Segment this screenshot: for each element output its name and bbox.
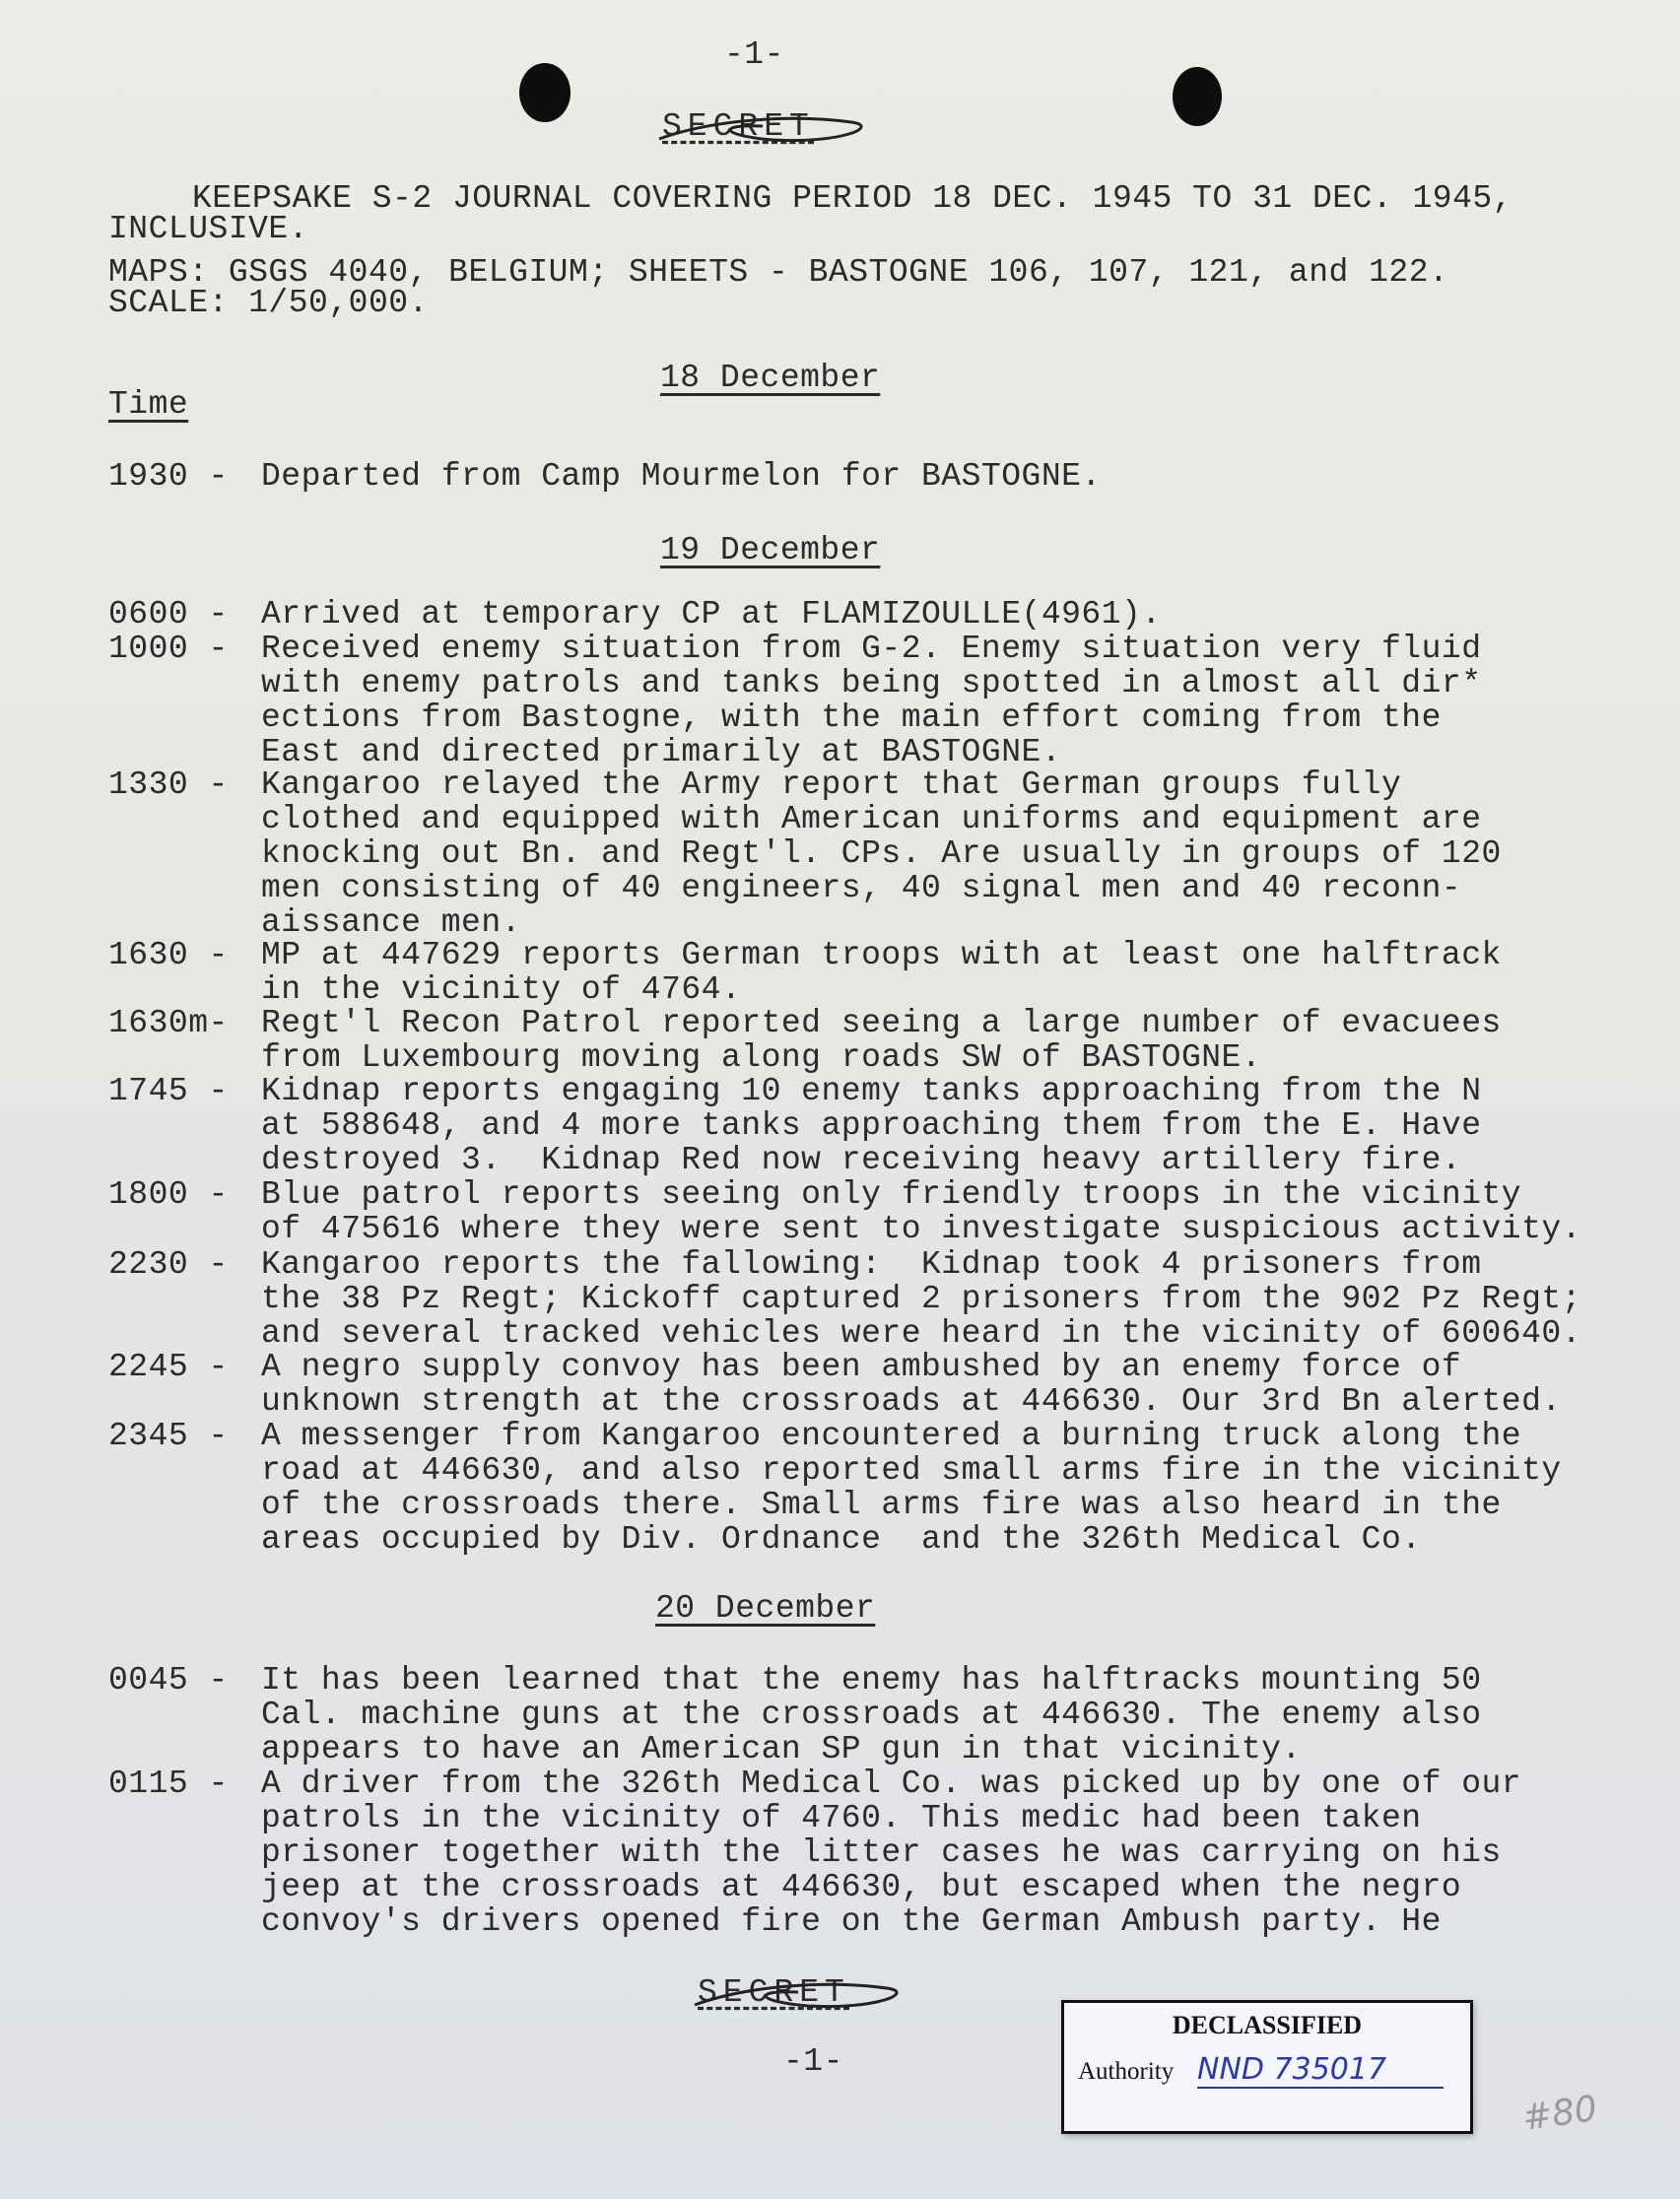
time-column-label: Time <box>108 387 188 422</box>
entry-time: 1000 - <box>108 632 261 666</box>
punch-hole-left <box>519 63 571 122</box>
classification-bottom: SECRET <box>698 1974 850 2011</box>
stamp-authority-label: Authority <box>1078 2058 1174 2086</box>
entry-text: Arrived at temporary CP at FLAMIZOULLE(4… <box>261 597 1660 632</box>
punch-hole-right <box>1173 67 1222 126</box>
entry-text: MP at 447629 reports German troops with … <box>261 938 1660 1007</box>
page-number-bottom: -1- <box>783 2044 843 2079</box>
document-page: -1- SECRET KEEPSAKE S-2 JOURNAL COVERING… <box>0 0 1680 2199</box>
classification-top: SECRET <box>662 108 815 145</box>
entry-text: A driver from the 326th Medical Co. was … <box>261 1766 1660 1939</box>
pencil-note: #80 <box>1520 2089 1600 2139</box>
stamp-authority-value: NND 735017 <box>1197 2052 1444 2089</box>
entry-text: A messenger from Kangaroo encountered a … <box>261 1419 1660 1557</box>
entry-text: Kangaroo reports the fallowing: Kidnap t… <box>261 1247 1660 1351</box>
stamp-heading: DECLASSIFIED <box>1064 2011 1470 2040</box>
scale-line: SCALE: 1/50,000. <box>108 286 429 320</box>
entry-time: 1930 - <box>108 459 261 494</box>
journal-title-line2: INCLUSIVE. <box>108 212 308 246</box>
day-heading-18-december: 18 December <box>660 361 880 395</box>
page-number-top: -1- <box>724 37 784 72</box>
entry-time: 2345 - <box>108 1419 261 1453</box>
entry-text: Kangaroo relayed the Army report that Ge… <box>261 767 1660 940</box>
entry-time: 1745 - <box>108 1074 261 1108</box>
entry-text: Kidnap reports engaging 10 enemy tanks a… <box>261 1074 1660 1177</box>
entry-text: Regt'l Recon Patrol reported seeing a la… <box>261 1006 1660 1075</box>
entry-text: Blue patrol reports seeing only friendly… <box>261 1177 1660 1246</box>
entry-time: 0045 - <box>108 1663 261 1698</box>
entry-text: Received enemy situation from G-2. Enemy… <box>261 632 1660 769</box>
entry-time: 1630m- <box>108 1006 261 1040</box>
day-heading-19-december: 19 December <box>660 533 880 567</box>
entry-time: 0600 - <box>108 597 261 632</box>
journal-title-line1: KEEPSAKE S-2 JOURNAL COVERING PERIOD 18 … <box>192 181 1512 216</box>
classification-bottom-label: SECRET <box>698 1974 850 2011</box>
entry-text: A negro supply convoy has been ambushed … <box>261 1350 1660 1419</box>
declassified-stamp: DECLASSIFIED Authority NND 735017 <box>1061 2000 1473 2134</box>
entry-text: It has been learned that the enemy has h… <box>261 1663 1660 1766</box>
day-heading-20-december: 20 December <box>655 1591 875 1626</box>
entry-time: 1630 - <box>108 938 261 972</box>
entry-time: 2230 - <box>108 1247 261 1282</box>
entry-time: 2245 - <box>108 1350 261 1384</box>
entry-time: 1330 - <box>108 767 261 802</box>
entry-time: 1800 - <box>108 1177 261 1212</box>
entry-text: Departed from Camp Mourmelon for BASTOGN… <box>261 459 1660 494</box>
classification-top-label: SECRET <box>662 108 815 145</box>
entry-time: 0115 - <box>108 1766 261 1801</box>
